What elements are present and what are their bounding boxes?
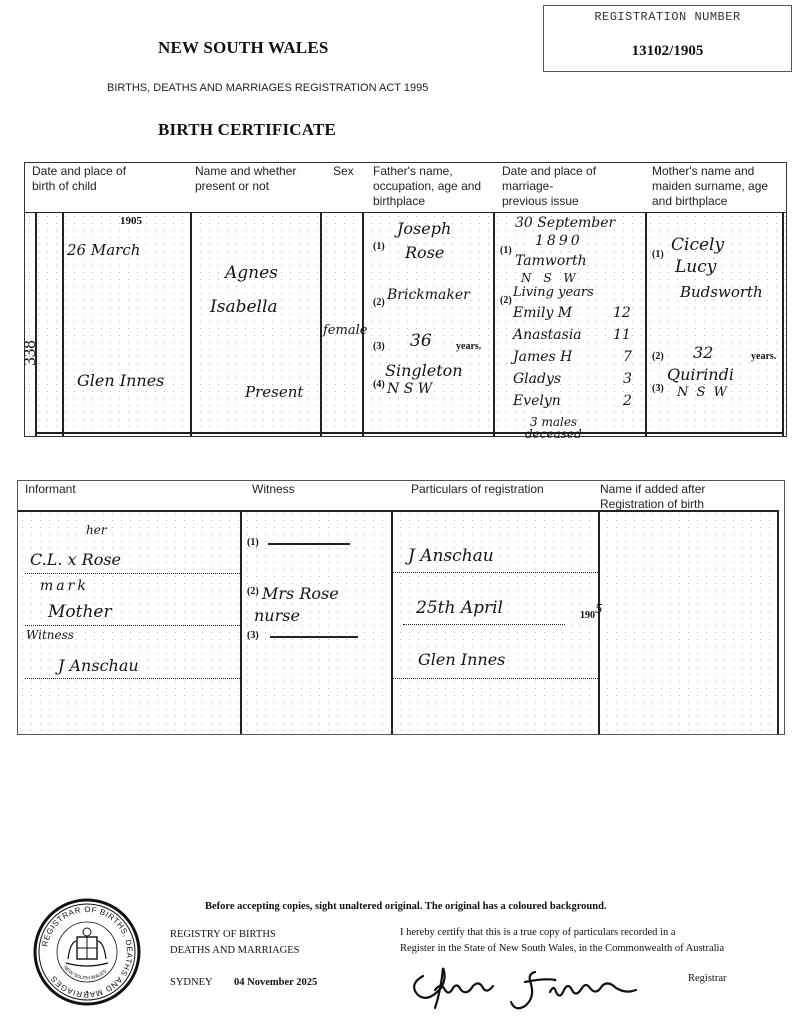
marriage-year: 1890 xyxy=(535,233,583,249)
father-occupation: Brickmaker xyxy=(387,287,470,303)
mother-maiden-surname: Budsworth xyxy=(680,283,763,301)
issue-child-age: 11 xyxy=(613,327,631,343)
registrar-seal-icon: REGISTRAR OF BIRTHS, DEATHS AND MARRIAGE… xyxy=(32,897,142,1007)
marriage-label-1: (1) xyxy=(500,245,512,256)
witness-label-3: (3) xyxy=(247,630,259,641)
registration-year-suffix: 5 xyxy=(595,602,603,616)
header-name-added: Name if added after Registration of birt… xyxy=(600,482,750,512)
witness-name: Mrs Rose xyxy=(262,584,339,603)
issue-child-name: Gladys xyxy=(513,371,561,387)
birth-table-header: Date and place of birth of child Name an… xyxy=(25,163,786,213)
father-age: 36 xyxy=(410,331,432,351)
header-witness: Witness xyxy=(252,482,295,497)
issue-child-name: James H xyxy=(513,349,572,365)
child-given-name-1: Agnes xyxy=(225,263,278,283)
state-heading: NEW SOUTH WALES xyxy=(158,38,329,58)
witness-occupation: nurse xyxy=(254,606,300,625)
document-title: BIRTH CERTIFICATE xyxy=(158,120,336,140)
witness-label-2: (2) xyxy=(247,586,259,597)
registry-name-line-1: REGISTRY OF BIRTHS xyxy=(170,929,276,940)
marriage-label-2: (2) xyxy=(500,295,512,306)
informant-line-5: J Anschau xyxy=(58,656,139,675)
father-label-4: (4) xyxy=(373,379,385,390)
act-reference: BIRTHS, DEATHS AND MARRIAGES REGISTRATIO… xyxy=(107,82,428,94)
mother-age: 32 xyxy=(693,343,713,362)
registrar-name: J Anschau xyxy=(408,546,494,566)
birth-date: 26 March xyxy=(67,241,140,259)
issue-child-age: 3 xyxy=(623,371,632,387)
birth-year: 1905 xyxy=(120,215,142,227)
father-name-1: Joseph xyxy=(397,219,451,238)
registration-table-body: her C.L. x Rose mark Mother Witness J An… xyxy=(18,510,784,734)
issue-child-name: Emily M xyxy=(513,305,572,321)
certification-line-2: Register in the State of New South Wales… xyxy=(400,943,724,954)
issue-date: 04 November 2025 xyxy=(234,977,317,988)
informant-line-2: mark xyxy=(40,578,89,594)
issue-child-age: 12 xyxy=(613,305,631,321)
registrar-title: Registrar xyxy=(688,973,727,984)
issue-heading: Living years xyxy=(513,285,594,300)
mother-label-3: (3) xyxy=(652,383,664,394)
informant-line-4: Witness xyxy=(26,628,74,642)
certification-line-1: I hereby certify that this is a true cop… xyxy=(400,927,676,938)
birth-place: Glen Innes xyxy=(77,371,164,390)
registry-name-line-2: DEATHS AND MARRIAGES xyxy=(170,945,300,956)
registration-date: 25th April xyxy=(416,598,503,618)
registrar-signature-icon xyxy=(405,962,665,1012)
father-birthplace-2: N S W xyxy=(387,381,432,397)
child-given-name-2: Isabella xyxy=(210,297,278,317)
marriage-place-1: Tamworth xyxy=(515,253,587,269)
header-name-present: Name and whether present or not xyxy=(195,164,315,194)
registration-number: 13102/1905 xyxy=(544,43,791,60)
issue-city: SYDNEY xyxy=(170,977,213,988)
registration-year-prefix: 190 xyxy=(580,610,595,621)
father-label-1: (1) xyxy=(373,241,385,252)
father-label-3: (3) xyxy=(373,341,385,352)
header-mother: Mother's name and maiden surname, age an… xyxy=(652,164,782,209)
header-father: Father's name, occupation, age and birth… xyxy=(373,164,488,209)
header-sex: Sex xyxy=(333,164,363,179)
witness-label-1: (1) xyxy=(247,537,259,548)
header-particulars: Particulars of registration xyxy=(411,482,544,497)
mother-label-2: (2) xyxy=(652,351,664,362)
child-sex: female xyxy=(323,323,367,338)
father-label-2: (2) xyxy=(373,297,385,308)
registration-number-box: REGISTRATION NUMBER 13102/1905 xyxy=(543,5,792,72)
entry-number: 338 xyxy=(20,340,40,366)
informant-line-1: C.L. x Rose xyxy=(30,550,121,569)
deceased-note-2: deceased xyxy=(525,427,582,441)
marriage-date: 30 September xyxy=(515,215,615,231)
header-marriage: Date and place of marriage- previous iss… xyxy=(502,164,602,209)
header-informant: Informant xyxy=(25,482,76,497)
mother-age-unit: years. xyxy=(751,351,776,362)
registration-table-header: Informant Witness Particulars of registr… xyxy=(18,481,784,510)
issue-child-name: Anastasia xyxy=(513,327,582,343)
father-age-unit: years. xyxy=(456,341,481,352)
marriage-place-2: N S W xyxy=(521,271,580,285)
informant-line-3: Mother xyxy=(48,602,112,622)
authenticity-notice: Before accepting copies, sight unaltered… xyxy=(205,901,607,912)
issue-child-age: 2 xyxy=(623,393,632,409)
child-presence: Present xyxy=(245,383,303,401)
registration-place: Glen Innes xyxy=(418,650,505,669)
registration-number-label: REGISTRATION NUMBER xyxy=(544,10,791,24)
birth-table-body: 338 1905 26 March Glen Innes Agnes Isabe… xyxy=(25,213,786,436)
mother-birthplace-2: N S W xyxy=(677,385,729,400)
father-birthplace-1: Singleton xyxy=(385,361,463,380)
issue-child-age: 7 xyxy=(623,349,632,365)
svg-text:NEW SOUTH WALES: NEW SOUTH WALES xyxy=(62,965,109,982)
mother-birthplace-1: Quirindi xyxy=(667,365,734,384)
mother-label-1: (1) xyxy=(652,249,664,260)
mother-name-2: Lucy xyxy=(675,257,716,277)
registration-details-table: Informant Witness Particulars of registr… xyxy=(17,480,785,735)
mother-name-1: Cicely xyxy=(671,235,724,255)
birth-details-table: Date and place of birth of child Name an… xyxy=(24,162,787,437)
father-name-2: Rose xyxy=(405,243,444,262)
informant-mark-sup: her xyxy=(86,523,107,537)
header-date-place-birth: Date and place of birth of child xyxy=(32,164,152,194)
issue-child-name: Evelyn xyxy=(513,393,561,409)
